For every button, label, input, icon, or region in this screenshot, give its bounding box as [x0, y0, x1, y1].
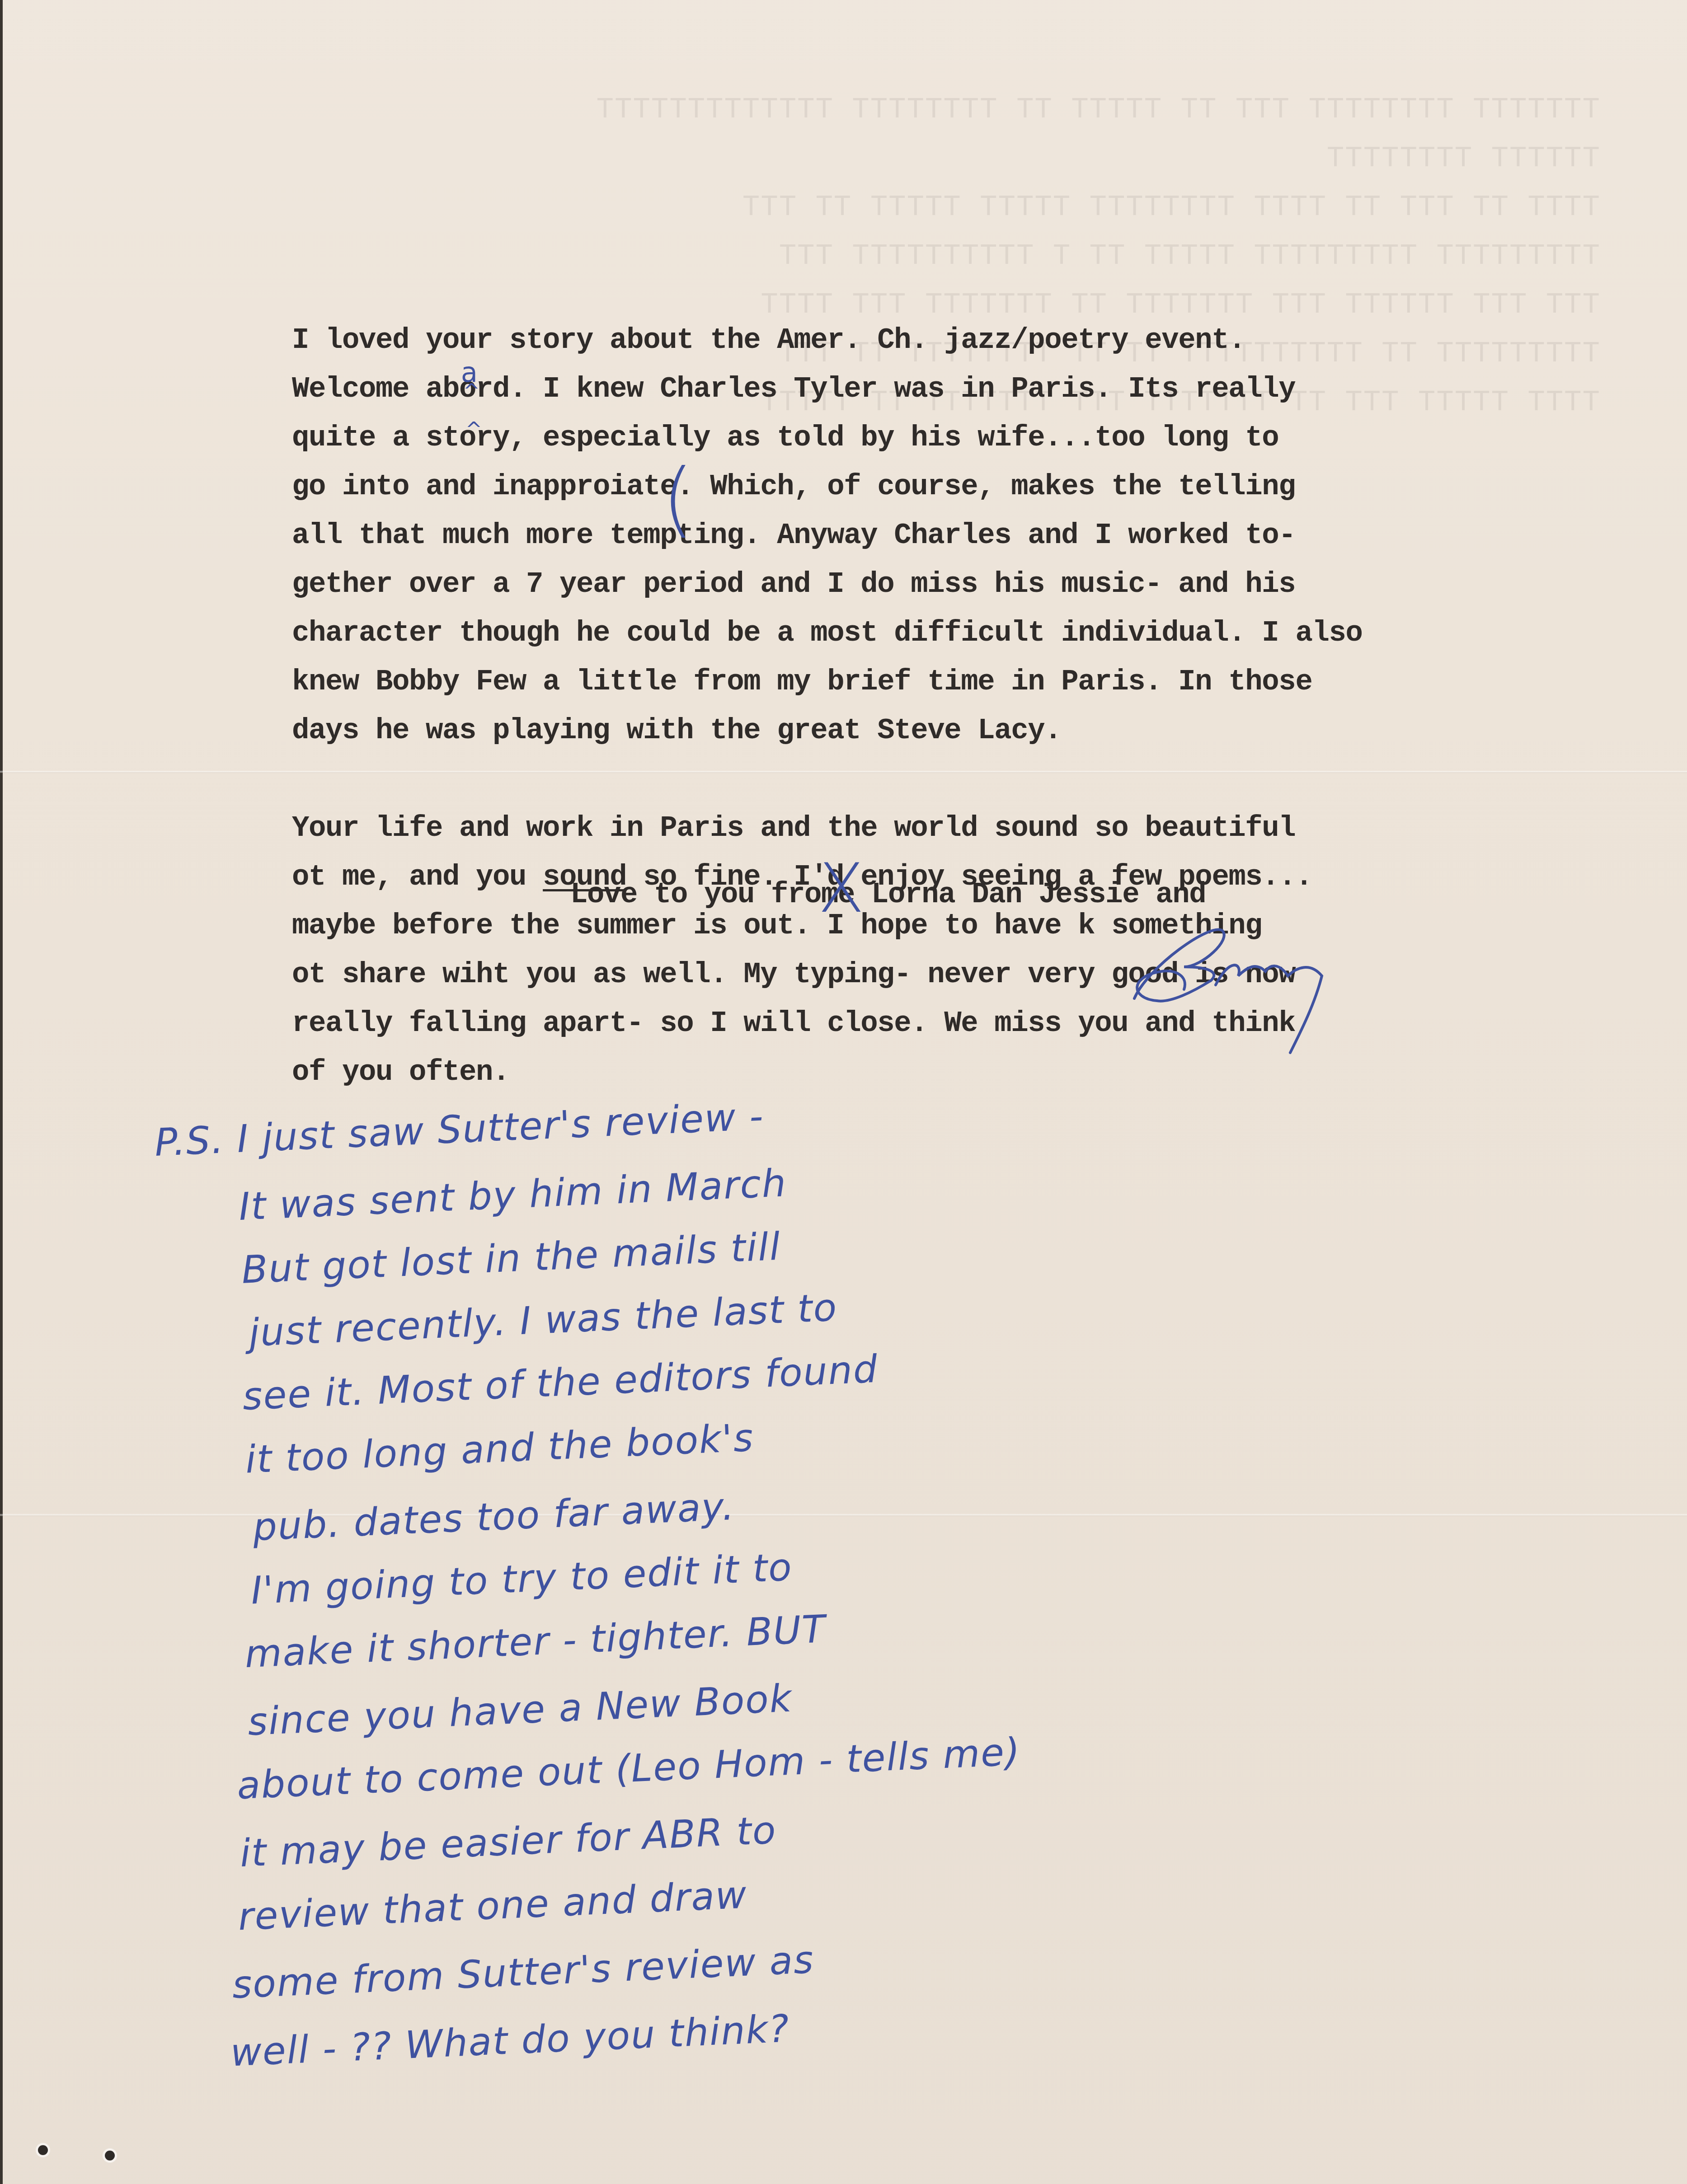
caret-mark-icon: ^: [463, 380, 480, 403]
typed-line: Your life and work in Paris and the worl…: [292, 804, 1648, 853]
typed-line: quite a story, especially as told by his…: [292, 414, 1648, 463]
staple-hole: [105, 2151, 115, 2161]
closing-line: Love to you frome Lorna Dan Jessie and: [570, 879, 1206, 911]
caret-mark-icon: ^: [465, 418, 482, 441]
insert-r-correction: (: [662, 452, 694, 546]
typed-letter-body: I loved your story about the Amer. Ch. j…: [292, 316, 1648, 1146]
typed-line: knew Bobby Few a little from my brief ti…: [292, 658, 1648, 707]
staple-hole: [38, 2145, 48, 2155]
typed-line: ot share wiht you as well. My typing- ne…: [292, 951, 1648, 999]
typed-line: of you often.: [292, 1048, 1648, 1097]
strike-e-mark-icon: X: [818, 849, 865, 928]
paragraph-1: I loved your story about the Amer. Ch. j…: [292, 316, 1648, 755]
typed-line: character though he could be a most diff…: [292, 609, 1648, 658]
typed-line: all that much more tempting. Anyway Char…: [292, 511, 1648, 560]
typed-line: Welcome abord. I knew Charles Tyler was …: [292, 365, 1648, 414]
typed-fragment: ot me, and you: [292, 861, 543, 894]
typed-line: days he was playing with the great Steve…: [292, 707, 1648, 755]
typed-line: I loved your story about the Amer. Ch. j…: [292, 316, 1648, 365]
paragraph-2: Your life and work in Paris and the worl…: [292, 804, 1648, 1097]
scan-edge: [0, 0, 3, 2184]
typed-line: gether over a 7 year period and I do mis…: [292, 560, 1648, 609]
typed-line: go into and inapproiate. Which, of cours…: [292, 463, 1648, 511]
typed-line: really falling apart- so I will close. W…: [292, 999, 1648, 1048]
signature-barry: Barry: [1121, 913, 1374, 1057]
